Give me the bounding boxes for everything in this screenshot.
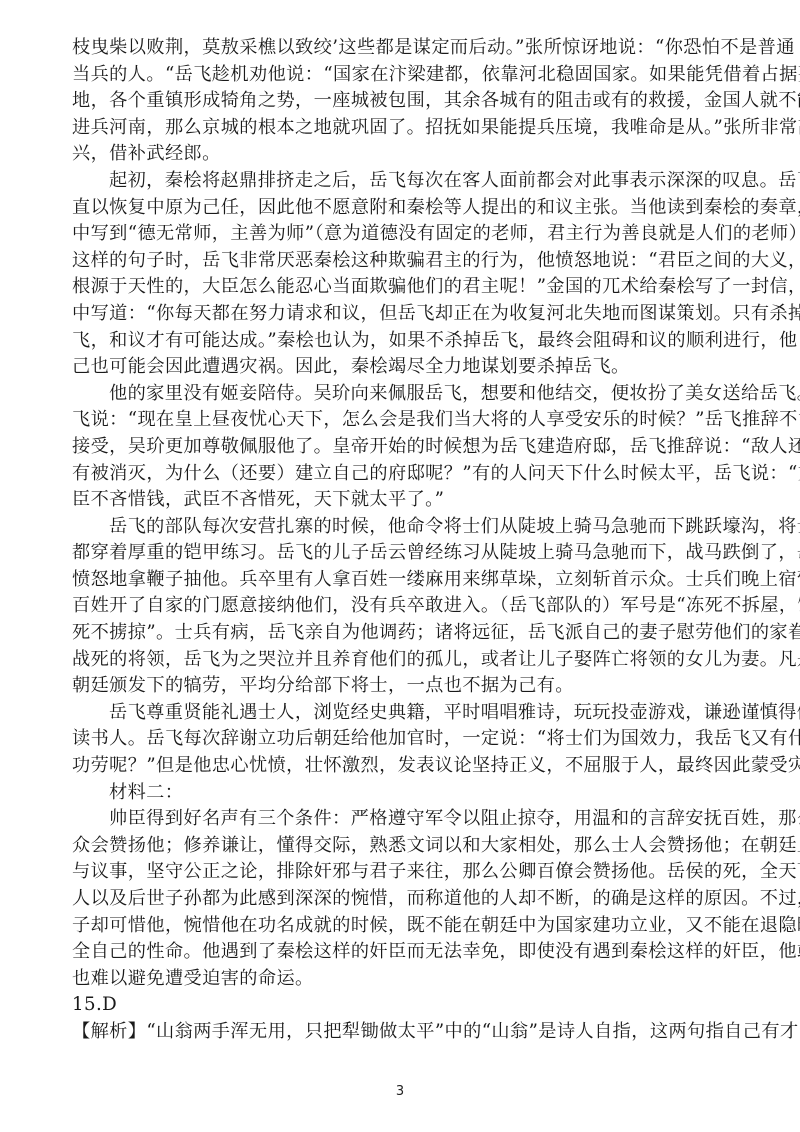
- text-line: 根源于天性的，大臣怎么能忍心当面欺骗他们的君主呢！”金国的兀术给秦桧写了一封信，…: [72, 274, 754, 301]
- text-line: 与议事，坚守公正之论，排除奸邪与君子来往，那么公卿百僚会赞扬他。岳侯的死，全天下…: [72, 859, 754, 886]
- text-line: 百姓开了自家的门愿意接纳他们，没有兵卒敢进入。（岳飞部队的）军号是“冻死不拆屋，…: [72, 593, 754, 620]
- page-number: 3: [0, 1084, 800, 1099]
- text-line: 接受，吴玠更加尊敬佩服他了。皇帝开始的时候想为岳飞建造府邸，岳飞推辞说：“敌人还…: [72, 434, 754, 461]
- text-line: 都穿着厚重的铠甲练习。岳飞的儿子岳云曾经练习从陡坡上骑马急驰而下，战马跌倒了，岳…: [72, 540, 754, 567]
- text-line: 臣不吝惜钱，武臣不吝惜死，天下就太平了。”: [72, 487, 754, 514]
- analysis-line: 【解析】“山翁两手浑无用，只把犁锄做太平”中的“山翁”是诗人自指，这两句指自己有…: [72, 1019, 754, 1046]
- text-line: 功劳呢？”但是他忠心忧愤，壮怀激烈，发表议论坚持正义，不屈服于人，最终因此蒙受灾…: [72, 753, 754, 780]
- paragraph-start-line: 岳飞尊重贤能礼遇士人，浏览经史典籍，平时唱唱雅诗，玩玩投壶游戏，谦逊谨慎得像个: [72, 700, 754, 727]
- text-line: 当兵的人。“岳飞趁机劝他说：“国家在汴梁建都，依靠河北稳固国家。如果能凭借着占据…: [72, 62, 754, 89]
- material-two-heading: 材料二：: [72, 780, 754, 807]
- text-line: 飞，和议才有可能达成。”秦桧也认为，如果不杀掉岳飞，最终会阻碍和议的顺利进行，他…: [72, 328, 754, 355]
- text-line: 人以及后世子孙都为此感到深深的惋惜，而称道他的人却不断，的确是这样的原因。不过，…: [72, 886, 754, 913]
- text-line: 全自己的性命。他遇到了秦桧这样的奸臣而无法幸免，即使没有遇到秦桧这样的奸臣，他或…: [72, 939, 754, 966]
- text-line: 死不掳掠”。士兵有病，岳飞亲自为他调药；诸将远征，岳飞派自己的妻子慰劳他们的家眷…: [72, 620, 754, 647]
- text-line: 愤怒地拿鞭子抽他。兵卒里有人拿百姓一缕麻用来绑草垛，立刻斩首示众。士兵们晚上宿营…: [72, 567, 754, 594]
- text-line: 枝曳柴以败荆，莫敖采樵以致绞’这些都是谋定而后动。”张所惊讶地说：“你恐怕不是普…: [72, 35, 754, 62]
- text-line: 兴，借补武经郎。: [72, 141, 754, 168]
- text-line: 朝廷颁发下的犒劳，平均分给部下将士，一点也不据为己有。: [72, 673, 754, 700]
- text-line: 众会赞扬他；修养谦让，懂得交际，熟悉文词以和大家相处，那么士人会赞扬他；在朝廷上…: [72, 833, 754, 860]
- text-line: 这样的句子时，岳飞非常厌恶秦桧这种欺骗君主的行为，他愤怒地说：“君臣之间的大义，…: [72, 248, 754, 275]
- paragraph-start-line: 岳飞的部队每次安营扎寨的时候，他命令将士们从陡坡上骑马急驰而下跳跃壕沟，将士们: [72, 514, 754, 541]
- paragraph-start-line: 帅臣得到好名声有三个条件：严格遵守军令以阻止掠夺，用温和的言辞安抚百姓，那么民: [72, 806, 754, 833]
- text-line: 直以恢复中原为己任，因此他不愿意附和秦桧等人提出的和议主张。当他读到秦桧的奏章，…: [72, 195, 754, 222]
- text-line: 读书人。岳飞每次辞谢立功后朝廷给他加官时，一定说：“将士们为国效力，我岳飞又有什…: [72, 726, 754, 753]
- text-line: 地，各个重镇形成犄角之势，一座城被包围，其余各城有的阻击或有的救援，金国人就不能…: [72, 88, 754, 115]
- text-line: 中写道：“你每天都在努力请求和议，但岳飞却正在为收复河北失地而图谋策划。只有杀掉…: [72, 301, 754, 328]
- paragraph-start-line: 他的家里没有姬妾陪侍。吴玠向来佩服岳飞，想要和他结交，便妆扮了美女送给岳飞。岳: [72, 381, 754, 408]
- text-line: 飞说：“现在皇上昼夜忧心天下，怎么会是我们当大将的人享受安乐的时候？”岳飞推辞不…: [72, 407, 754, 434]
- paragraph-start-line: 起初，秦桧将赵鼎排挤走之后，岳飞每次在客人面前都会对此事表示深深的叹息。岳飞一: [72, 168, 754, 195]
- text-line: 己也可能会因此遭遇灾祸。因此，秦桧竭尽全力地谋划要杀掉岳飞。: [72, 354, 754, 381]
- text-line: 进兵河南，那么京城的根本之地就巩固了。招抚如果能提兵压境，我唯命是从。”张所非常…: [72, 115, 754, 142]
- document-page: 枝曳柴以败荆，莫敖采樵以致绞’这些都是谋定而后动。”张所惊讶地说：“你恐怕不是普…: [72, 35, 754, 1046]
- text-line: 战死的将领，岳飞为之哭泣并且养育他们的孤儿，或者让儿子娶阵亡将领的女儿为妻。凡是…: [72, 647, 754, 674]
- answer-number: 15.D: [72, 992, 754, 1019]
- text-line: 子却可惜他，惋惜他在功名成就的时候，既不能在朝廷中为国家建功立业，又不能在退隐时…: [72, 913, 754, 940]
- text-line: 也难以避免遭受迫害的命运。: [72, 966, 754, 993]
- text-line: 中写到“德无常师，主善为师”（意为道德没有固定的老师，君主行为善良就是人们的老师…: [72, 221, 754, 248]
- text-line: 有被消灭，为什么（还要）建立自己的府邸呢？”有的人问天下什么时候太平，岳飞说：“…: [72, 461, 754, 488]
